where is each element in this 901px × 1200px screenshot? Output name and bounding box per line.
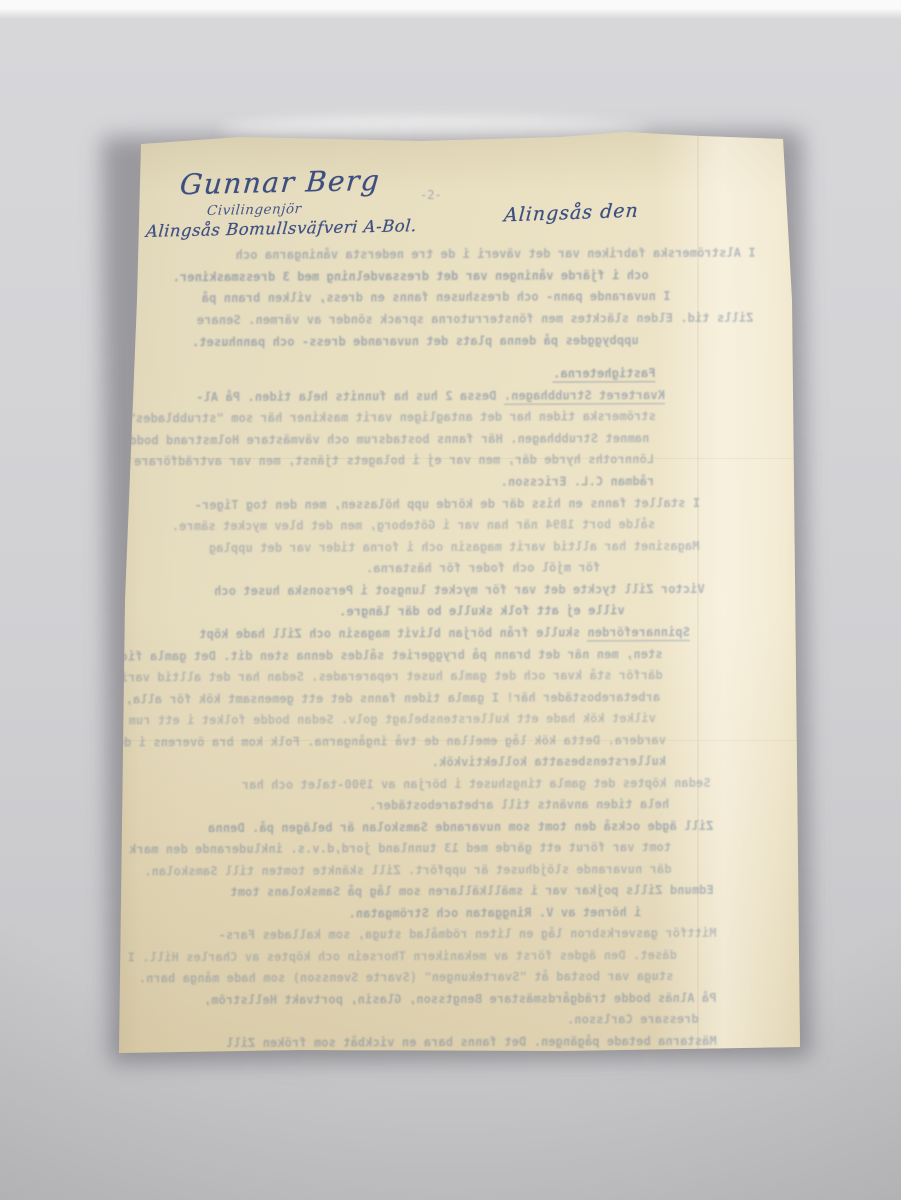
bleed-line: vilket kök hade ett kullerstensbelagt go…: [128, 711, 655, 727]
bleed-line: I Alströmerska fabriken var det väveri i…: [235, 246, 755, 262]
bleed-line: Victor Zill tyckte det var för mycket lu…: [214, 582, 705, 598]
bleed-line: strömerska tiden har det antagligen vari…: [78, 409, 657, 426]
bleed-line: i hörnet av V. Ringgatan och Strömgatan.: [348, 905, 641, 920]
bleed-line: Lönnroths hyrde där, men var ej i bolage…: [98, 452, 655, 468]
bleed-line: Magasinet har alltid varit magasin och i…: [209, 539, 700, 555]
bleed-line: sålde bort 1894 när han var i Göteborg, …: [171, 517, 654, 533]
bleed-line: ville ej att folk skulle bo där längre.: [339, 603, 625, 618]
bleed-line: och i fjärde våningen var det dressavdel…: [172, 268, 648, 284]
bleed-line: Zill ägde också den tomt som nuvarande S…: [208, 819, 713, 835]
bleed-line: dressare Carlsson.: [567, 1012, 699, 1027]
bleed-line: uppbyggdes på denna plats det nuvarande …: [192, 333, 639, 349]
bleed-through-typewritten-text: I Alströmerska fabriken var det väveri i…: [110, 126, 809, 1059]
bleed-line: för mjöl och foder för hästarna.: [365, 560, 599, 575]
bleed-line: kullerstensbesatta kollektivkök.: [431, 754, 665, 769]
bleed-line: stuga var bostad åt "Svartekungen" (Svar…: [139, 969, 674, 985]
bleed-line: vardera. Detta kök låg emellan de två in…: [116, 733, 665, 749]
bleed-line: I nuvarande pann- och dresshusen fanns e…: [202, 289, 671, 305]
bleed-line: Mästarna betade pågängen. Det fanns bara…: [226, 1034, 717, 1050]
bleed-line: Kvarteret Strubbhagen. Dessa 2 hus ha fu…: [196, 388, 665, 404]
bleed-line: sten, men när det brann på bryggeriet så…: [113, 647, 662, 663]
bleed-line: Zills tid. Elden släcktes men fönsterrut…: [197, 311, 754, 327]
bleed-line: rådman C.L. Ericsson.: [501, 474, 655, 489]
bleed-line: I stallet fanns en hiss där de körde upp…: [194, 496, 699, 512]
bleed-line: Spinnareförden skulle från början blivit…: [199, 625, 690, 641]
bleed-line: Sedan köptes det gamla tingshuset i börj…: [242, 776, 711, 792]
bleed-line: Fastigheterna.: [553, 366, 656, 380]
bleed-line: hela tiden använts till arbetarebostäder…: [369, 797, 669, 812]
bleed-line: Mittför gasverksbron låg en liten rödmål…: [218, 926, 716, 942]
bleed-line: tomt var förut ett gärde med 13 tunnland…: [129, 840, 671, 856]
bleed-line: namnet Strubbhagen. Här fanns bostadsrum…: [85, 431, 649, 447]
bleed-line: Edmund Zills pojkar var i smällkällaren …: [230, 883, 713, 899]
bleed-line: På Alnäs bodde trädgårdsmästare Bengtsso…: [204, 991, 717, 1007]
letter-sheet: Gunnar Berg Civilingenjör Alingsås Bomul…: [112, 128, 807, 1058]
bleed-line: arbetarebostäder här! I gamla tiden fann…: [126, 690, 661, 706]
bleed-line: därför stå kvar och det gamla huset repa…: [113, 668, 662, 684]
photo-of-letter: Gunnar Berg Civilingenjör Alingsås Bomul…: [0, 0, 901, 1200]
bleed-line: däset. Den ägdes först av mekanikern Tho…: [83, 948, 676, 965]
bleed-line: där nuvarande slöjdhuset är uppfört. Zil…: [144, 862, 671, 878]
